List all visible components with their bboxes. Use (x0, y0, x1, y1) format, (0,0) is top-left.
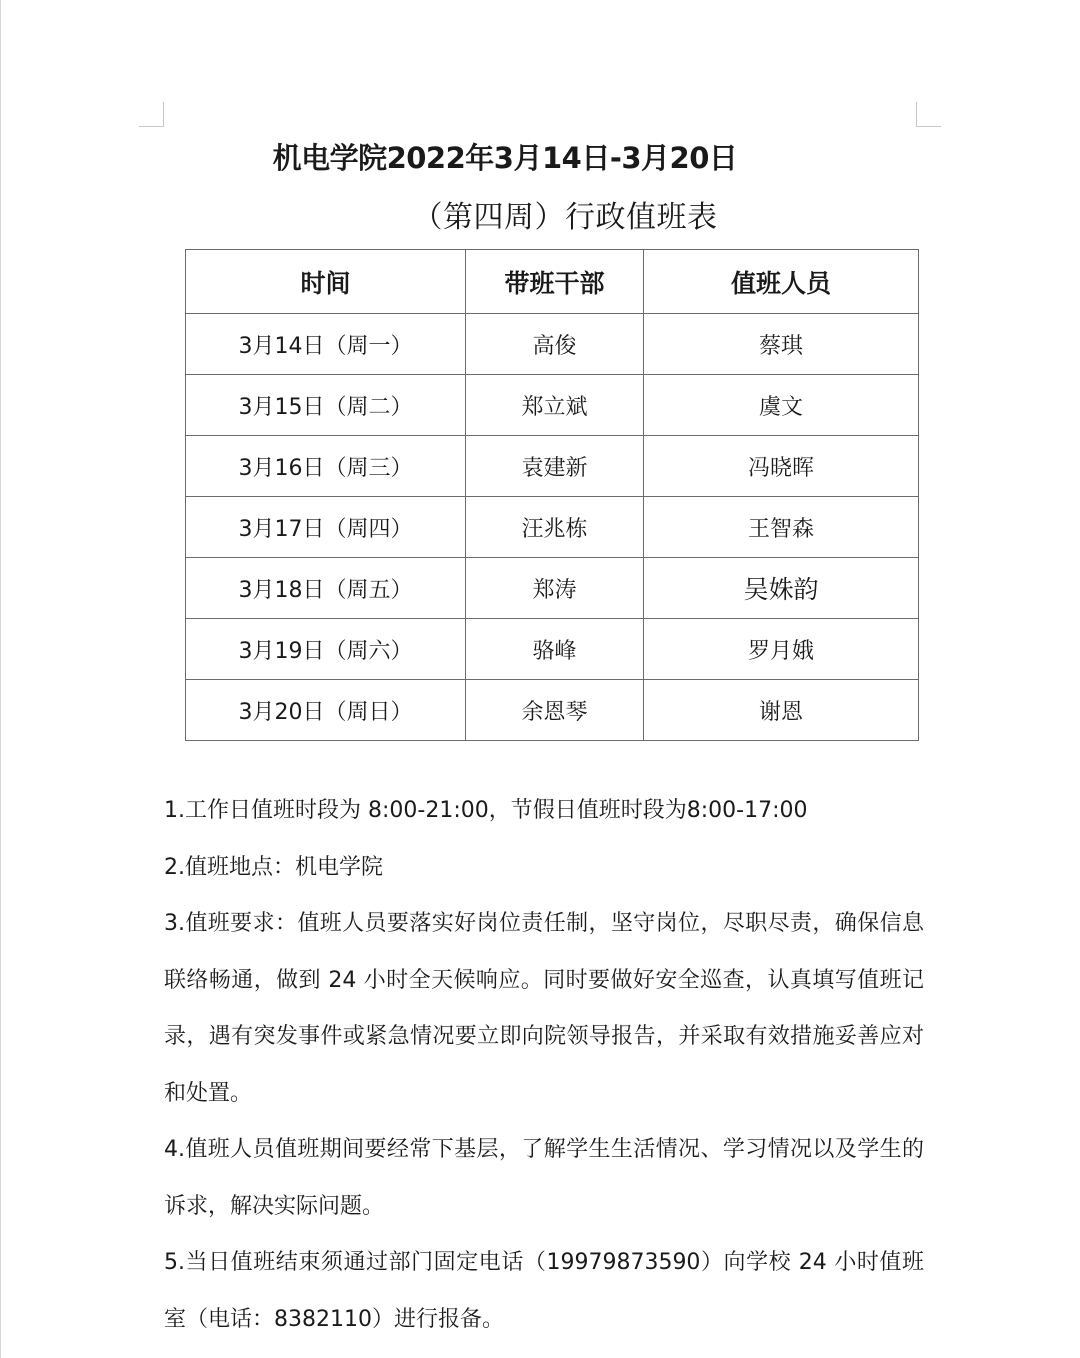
note-duty-location: 2.值班地点：机电学院 (164, 840, 924, 897)
cell-date: 3月19日（周六） (186, 619, 466, 680)
document-subtitle: （第四周）行政值班表 (60, 192, 1070, 236)
column-header-time: 时间 (186, 250, 466, 314)
duty-schedule-table: 时间 带班干部 值班人员 3月14日（周一） 高俊 蔡琪 3月15日（周二） 郑… (185, 249, 919, 741)
margin-corner-mark-top-left (139, 102, 164, 127)
table-row: 3月18日（周五） 郑涛 吴姝韵 (186, 558, 919, 619)
cell-date: 3月15日（周二） (186, 375, 466, 436)
cell-leader: 郑涛 (466, 558, 644, 619)
cell-date: 3月14日（周一） (186, 314, 466, 375)
column-header-staff: 值班人员 (644, 250, 919, 314)
cell-staff: 谢恩 (644, 680, 919, 741)
cell-leader: 汪兆栋 (466, 497, 644, 558)
note-duty-hours: 1.工作日值班时段为 8:00-21:00，节假日值班时段为8:00-17:00 (164, 783, 924, 840)
cell-date: 3月18日（周五） (186, 558, 466, 619)
cell-leader: 骆峰 (466, 619, 644, 680)
cell-staff: 罗月娥 (644, 619, 919, 680)
note-grassroots-visits: 4.值班人员值班期间要经常下基层，了解学生生活情况、学习情况以及学生的诉求，解决… (164, 1122, 924, 1235)
table-row: 3月15日（周二） 郑立斌 虞文 (186, 375, 919, 436)
note-duty-requirements: 3.值班要求：值班人员要落实好岗位责任制，坚守岗位，尽职尽责，确保信息联络畅通，… (164, 896, 924, 1122)
table-row: 3月20日（周日） 余恩琴 谢恩 (186, 680, 919, 741)
cell-leader: 余恩琴 (466, 680, 644, 741)
table-header-row: 时间 带班干部 值班人员 (186, 250, 919, 314)
table-row: 3月16日（周三） 袁建新 冯晓晖 (186, 436, 919, 497)
table-row: 3月14日（周一） 高俊 蔡琪 (186, 314, 919, 375)
cell-leader: 袁建新 (466, 436, 644, 497)
note-report-procedure: 5.当日值班结束须通过部门固定电话（19979873590）向学校 24 小时值… (164, 1235, 924, 1348)
cell-staff: 虞文 (644, 375, 919, 436)
table-row: 3月17日（周四） 汪兆栋 王智森 (186, 497, 919, 558)
cell-staff: 冯晓晖 (644, 436, 919, 497)
page-edge (0, 0, 1, 1358)
cell-date: 3月16日（周三） (186, 436, 466, 497)
document-title: 机电学院2022年3月14日-3月20日 (0, 136, 1010, 177)
duty-notes: 1.工作日值班时段为 8:00-21:00，节假日值班时段为8:00-17:00… (164, 783, 924, 1348)
cell-staff: 吴姝韵 (644, 558, 919, 619)
cell-date: 3月17日（周四） (186, 497, 466, 558)
column-header-leader: 带班干部 (466, 250, 644, 314)
cell-leader: 郑立斌 (466, 375, 644, 436)
cell-date: 3月20日（周日） (186, 680, 466, 741)
cell-staff: 王智森 (644, 497, 919, 558)
cell-staff: 蔡琪 (644, 314, 919, 375)
margin-corner-mark-top-right (916, 102, 941, 127)
table-row: 3月19日（周六） 骆峰 罗月娥 (186, 619, 919, 680)
cell-leader: 高俊 (466, 314, 644, 375)
